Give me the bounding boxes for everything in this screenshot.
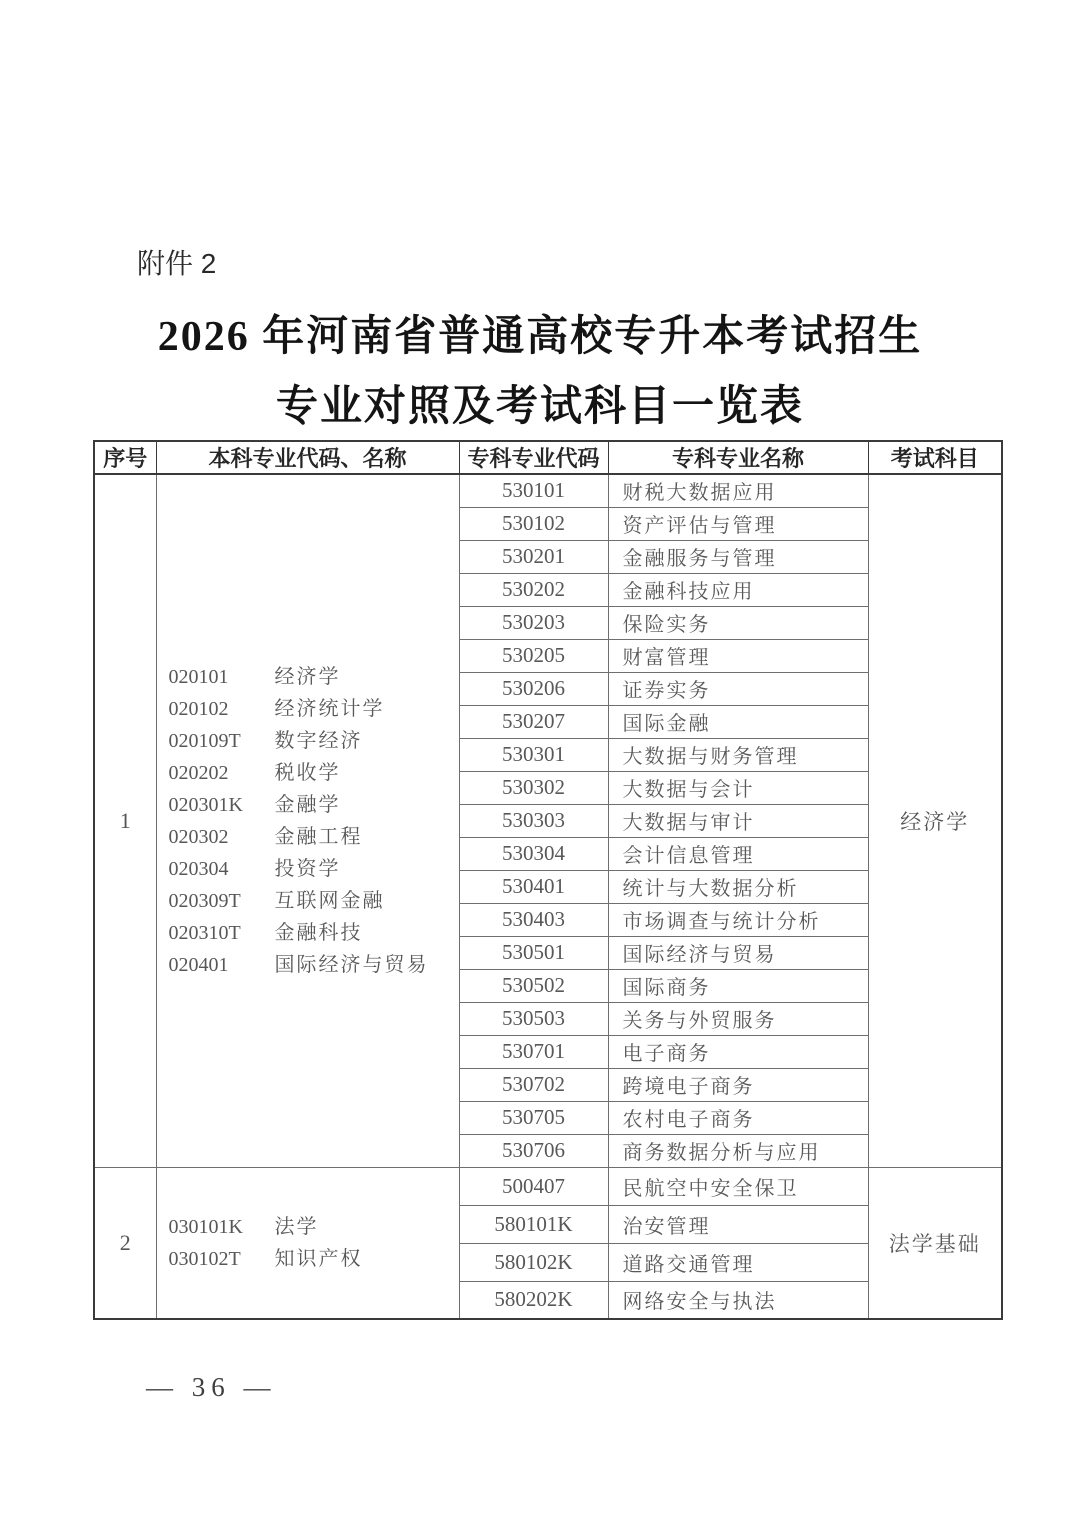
college-major-code: 530702 — [459, 1068, 608, 1101]
bachelor-major-name: 知识产权 — [275, 1243, 363, 1275]
bachelor-major-name: 经济统计学 — [275, 693, 385, 725]
section-number: 2 — [94, 1167, 156, 1319]
college-major-code: 530207 — [459, 705, 608, 738]
college-major-name: 大数据与审计 — [608, 804, 868, 837]
majors-table: 序号 本科专业代码、名称 专科专业代码 专科专业名称 考试科目 1020101经… — [93, 440, 1003, 1320]
college-major-code: 530705 — [459, 1101, 608, 1134]
bachelor-major-code: 030102T — [169, 1243, 275, 1275]
college-major-name: 保险实务 — [608, 606, 868, 639]
bachelor-major-code: 020401 — [169, 949, 275, 981]
bachelor-major-name: 税收学 — [275, 757, 341, 789]
bachelor-major-name: 金融学 — [275, 789, 341, 821]
bachelor-major-line: 020309T互联网金融 — [169, 885, 453, 917]
college-major-code: 530203 — [459, 606, 608, 639]
college-major-code: 530501 — [459, 936, 608, 969]
bachelor-major-line: 030102T知识产权 — [169, 1243, 453, 1275]
college-major-code: 530102 — [459, 507, 608, 540]
section-number: 1 — [94, 474, 156, 1167]
college-major-name: 跨境电子商务 — [608, 1068, 868, 1101]
college-major-name: 大数据与财务管理 — [608, 738, 868, 771]
college-major-name: 治安管理 — [608, 1205, 868, 1243]
college-major-name: 国际金融 — [608, 705, 868, 738]
bachelor-major-line: 030101K法学 — [169, 1211, 453, 1243]
bachelor-major-line: 020109T数字经济 — [169, 725, 453, 757]
bachelor-major-code: 020101 — [169, 661, 275, 693]
college-major-code: 530205 — [459, 639, 608, 672]
college-major-name: 商务数据分析与应用 — [608, 1134, 868, 1167]
table-row: 2030101K法学030102T知识产权500407民航空中安全保卫法学基础 — [94, 1167, 1002, 1205]
bachelor-major-code: 020309T — [169, 885, 275, 917]
college-major-code: 530301 — [459, 738, 608, 771]
college-major-name: 会计信息管理 — [608, 837, 868, 870]
college-major-code: 530401 — [459, 870, 608, 903]
bachelor-major-line: 020102经济统计学 — [169, 693, 453, 725]
exam-subject-cell: 经济学 — [868, 474, 1002, 1167]
header-college-code: 专科专业代码 — [459, 441, 608, 474]
bachelor-majors-cell: 030101K法学030102T知识产权 — [156, 1167, 459, 1319]
college-major-code: 530202 — [459, 573, 608, 606]
table-header-row: 序号 本科专业代码、名称 专科专业代码 专科专业名称 考试科目 — [94, 441, 1002, 474]
college-major-code: 530206 — [459, 672, 608, 705]
bachelor-major-name: 互联网金融 — [275, 885, 385, 917]
college-major-name: 网络安全与执法 — [608, 1281, 868, 1319]
bachelor-major-name: 数字经济 — [275, 725, 363, 757]
bachelor-major-code: 020102 — [169, 693, 275, 725]
header-college-name: 专科专业名称 — [608, 441, 868, 474]
bachelor-major-line: 020304投资学 — [169, 853, 453, 885]
college-major-name: 民航空中安全保卫 — [608, 1167, 868, 1205]
document-title-line1: 2026 年河南省普通高校专升本考试招生 — [0, 302, 1080, 372]
bachelor-major-name: 法学 — [275, 1211, 319, 1243]
bachelor-major-name: 国际经济与贸易 — [275, 949, 429, 981]
college-major-code: 530302 — [459, 771, 608, 804]
table-header: 序号 本科专业代码、名称 专科专业代码 专科专业名称 考试科目 — [94, 441, 1002, 474]
college-major-name: 市场调查与统计分析 — [608, 903, 868, 936]
college-major-name: 关务与外贸服务 — [608, 1002, 868, 1035]
college-major-code: 500407 — [459, 1167, 608, 1205]
bachelor-major-code: 020202 — [169, 757, 275, 789]
college-major-name: 大数据与会计 — [608, 771, 868, 804]
college-major-name: 统计与大数据分析 — [608, 870, 868, 903]
bachelor-major-code: 020302 — [169, 821, 275, 853]
college-major-name: 道路交通管理 — [608, 1243, 868, 1281]
table-row: 1020101经济学020102经济统计学020109T数字经济020202税收… — [94, 474, 1002, 507]
college-major-code: 530303 — [459, 804, 608, 837]
bachelor-major-line: 020310T金融科技 — [169, 917, 453, 949]
college-major-code: 580102K — [459, 1243, 608, 1281]
college-major-name: 农村电子商务 — [608, 1101, 868, 1134]
header-no: 序号 — [94, 441, 156, 474]
bachelor-major-line: 020401国际经济与贸易 — [169, 949, 453, 981]
bachelor-major-name: 投资学 — [275, 853, 341, 885]
college-major-name: 电子商务 — [608, 1035, 868, 1068]
bachelor-major-code: 020109T — [169, 725, 275, 757]
bachelor-major-name: 金融工程 — [275, 821, 363, 853]
page-number: — 36 — — [146, 1372, 277, 1403]
college-major-name: 金融服务与管理 — [608, 540, 868, 573]
bachelor-majors-cell: 020101经济学020102经济统计学020109T数字经济020202税收学… — [156, 474, 459, 1167]
college-major-name: 财税大数据应用 — [608, 474, 868, 507]
college-major-code: 530502 — [459, 969, 608, 1002]
bachelor-major-code: 020310T — [169, 917, 275, 949]
bachelor-major-line: 020301K金融学 — [169, 789, 453, 821]
college-major-name: 国际经济与贸易 — [608, 936, 868, 969]
bachelor-major-name: 金融科技 — [275, 917, 363, 949]
college-major-code: 530304 — [459, 837, 608, 870]
bachelor-major-line: 020302金融工程 — [169, 821, 453, 853]
header-exam-subject: 考试科目 — [868, 441, 1002, 474]
table-body: 1020101经济学020102经济统计学020109T数字经济020202税收… — [94, 474, 1002, 1319]
college-major-code: 530403 — [459, 903, 608, 936]
bachelor-major-line: 020202税收学 — [169, 757, 453, 789]
college-major-name: 金融科技应用 — [608, 573, 868, 606]
college-major-code: 530701 — [459, 1035, 608, 1068]
document-title-line2: 专业对照及考试科目一览表 — [0, 372, 1080, 442]
college-major-code: 530706 — [459, 1134, 608, 1167]
bachelor-major-code: 020301K — [169, 789, 275, 821]
college-major-code: 580202K — [459, 1281, 608, 1319]
college-major-code: 530201 — [459, 540, 608, 573]
bachelor-major-line: 020101经济学 — [169, 661, 453, 693]
college-major-code: 530503 — [459, 1002, 608, 1035]
college-major-code: 580101K — [459, 1205, 608, 1243]
attachment-label: 附件 2 — [137, 242, 216, 282]
college-major-name: 财富管理 — [608, 639, 868, 672]
college-major-name: 国际商务 — [608, 969, 868, 1002]
college-major-code: 530101 — [459, 474, 608, 507]
exam-subject-cell: 法学基础 — [868, 1167, 1002, 1319]
bachelor-major-code: 030101K — [169, 1211, 275, 1243]
bachelor-major-code: 020304 — [169, 853, 275, 885]
bachelor-major-name: 经济学 — [275, 661, 341, 693]
header-bachelor-major: 本科专业代码、名称 — [156, 441, 459, 474]
college-major-name: 证券实务 — [608, 672, 868, 705]
college-major-name: 资产评估与管理 — [608, 507, 868, 540]
document-title: 2026 年河南省普通高校专升本考试招生 专业对照及考试科目一览表 — [0, 302, 1080, 442]
